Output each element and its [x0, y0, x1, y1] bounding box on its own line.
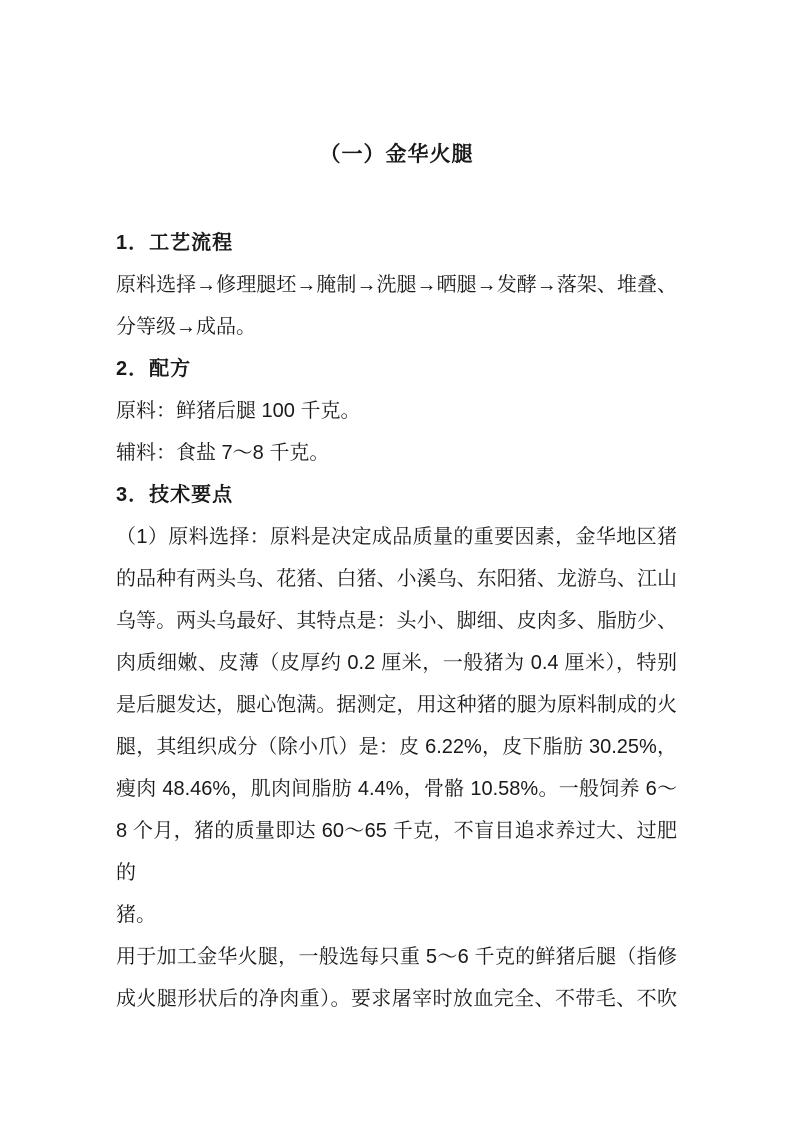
document-page: （一）金华火腿 1．工艺流程原料选择→修理腿坯→腌制→洗腿→晒腿→发酵→落架、堆… [0, 0, 793, 1122]
text-line: 原料选择→修理腿坯→腌制→洗腿→晒腿→发酵→落架、堆叠、 [116, 264, 677, 306]
text-line: （1）原料选择：原料是决定成品质量的重要因素，金华地区猪 [116, 516, 677, 558]
section-heading: 3．技术要点 [116, 474, 677, 516]
document-content: （一）金华火腿 1．工艺流程原料选择→修理腿坯→腌制→洗腿→晒腿→发酵→落架、堆… [116, 134, 677, 1020]
text-line: 分等级→成品。 [116, 306, 677, 348]
document-body: 1．工艺流程原料选择→修理腿坯→腌制→洗腿→晒腿→发酵→落架、堆叠、分等级→成品… [116, 222, 677, 1020]
text-line: 成火腿形状后的净肉重）。要求屠宰时放血完全、不带毛、不吹 [116, 978, 677, 1020]
text-line: 腿，其组织成分（除小爪）是：皮 6.22%，皮下脂肪 30.25%， [116, 726, 677, 768]
section-heading: 2．配方 [116, 348, 677, 390]
text-line: 原料：鲜猪后腿 100 千克。 [116, 390, 677, 432]
text-line: 用于加工金华火腿，一般选每只重 5～6 千克的鲜猪后腿（指修 [116, 936, 677, 978]
section-heading: 1．工艺流程 [116, 222, 677, 264]
text-line: 乌等。两头乌最好、其特点是：头小、脚细、皮肉多、脂肪少、 [116, 600, 677, 642]
text-line: 是后腿发达，腿心饱满。据测定，用这种猪的腿为原料制成的火 [116, 684, 677, 726]
text-line: 猪。 [116, 894, 677, 936]
text-line: 的品种有两头乌、花猪、白猪、小溪乌、东阳猪、龙游乌、江山 [116, 558, 677, 600]
text-line: 8 个月，猪的质量即达 60～65 千克，不盲目追求养过大、过肥的 [116, 810, 677, 894]
text-line: 瘦肉 48.46%，肌肉间脂肪 4.4%，骨骼 10.58%。一般饲养 6～ [116, 768, 677, 810]
text-line: 辅料：食盐 7～8 千克。 [116, 432, 677, 474]
document-title: （一）金华火腿 [116, 134, 677, 176]
text-line: 肉质细嫩、皮薄（皮厚约 0.2 厘米，一般猪为 0.4 厘米），特别 [116, 642, 677, 684]
